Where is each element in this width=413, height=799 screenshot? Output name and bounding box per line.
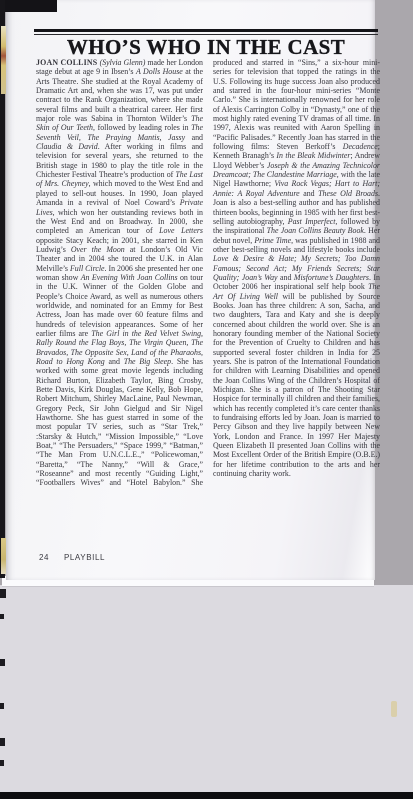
scanner-edge-top (0, 0, 57, 12)
scan-artifact-smudge (391, 701, 397, 717)
scan-artifact-mark (0, 614, 4, 619)
footer-brand: PLAYBILL (64, 553, 105, 562)
header-rule-thick (34, 29, 378, 32)
scanned-playbill-page: WHO’S WHO IN THE CAST JOAN COLLINS (Sylv… (0, 0, 413, 799)
scan-artifact-mark (0, 738, 5, 746)
scan-artifact-mark (0, 703, 4, 709)
footer-page-number: 24 (39, 553, 49, 562)
scan-artifact-yellow-top (1, 26, 6, 94)
playbill-page: WHO’S WHO IN THE CAST JOAN COLLINS (Sylv… (6, 0, 375, 580)
scanner-backing (0, 585, 413, 793)
scan-artifact-mark (0, 589, 6, 598)
page-title: WHO’S WHO IN THE CAST (34, 36, 378, 58)
scan-artifact-mark (0, 760, 4, 766)
scan-artifact-mark (0, 659, 5, 666)
scan-artifact-yellow-bottom (1, 538, 6, 574)
bio-text: JOAN COLLINS (Sylvia Glenn) made her Lon… (36, 58, 380, 550)
page-footer: 24 PLAYBILL (39, 553, 105, 562)
scanner-strip-bottom (0, 792, 413, 799)
